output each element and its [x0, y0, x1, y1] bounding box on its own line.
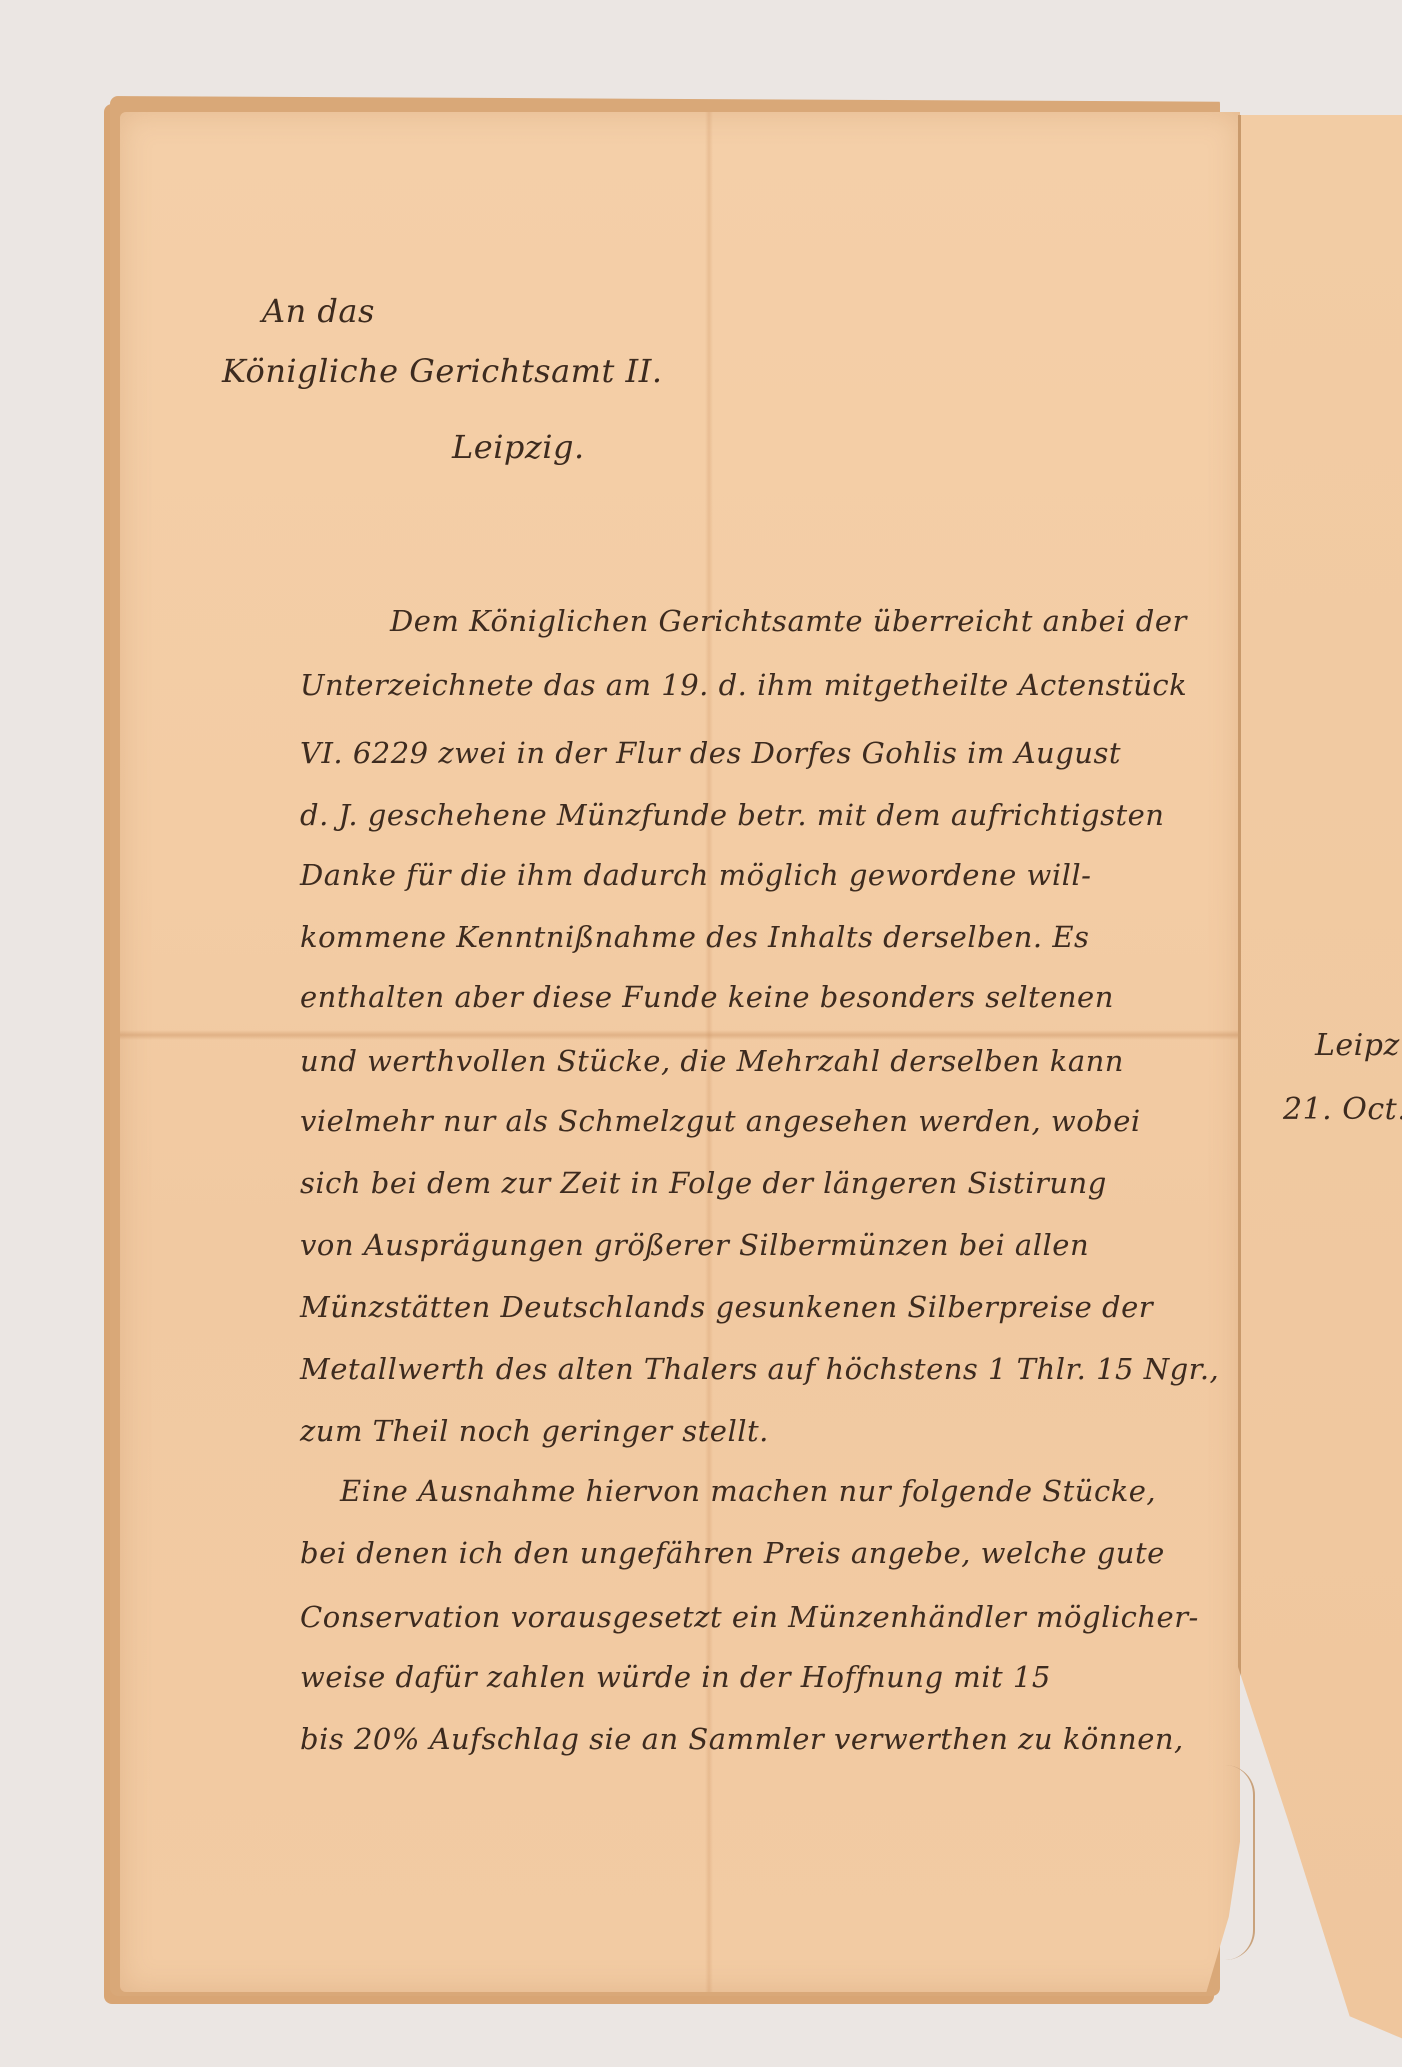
body-line: bis 20% Aufschlag sie an Sammler verwert… [300, 1722, 1184, 1756]
address-line-3: Leipzig. [452, 428, 585, 466]
body-line: vielmehr nur als Schmelzgut angesehen we… [300, 1104, 1141, 1138]
body-line: zum Theil noch geringer stellt. [300, 1414, 769, 1448]
body-line: enthalten aber diese Funde keine besonde… [300, 980, 1114, 1014]
body-line: Metallwerth des alten Thalers auf höchst… [300, 1352, 1219, 1386]
right-page-date: 21. Oct. [1283, 1092, 1402, 1127]
body-line: Eine Ausnahme hiervon machen nur folgend… [340, 1474, 1156, 1508]
body-line: Unterzeichnete das am 19. d. ihm mitgeth… [300, 668, 1187, 702]
body-line: Dem Königlichen Gerichtsamte überreicht … [390, 604, 1187, 638]
body-line: bei denen ich den ungefähren Preis angeb… [300, 1536, 1165, 1570]
body-line: kommene Kenntnißnahme des Inhalts dersel… [300, 920, 1089, 954]
body-line: VI. 6229 zwei in der Flur des Dorfes Goh… [300, 736, 1121, 770]
binding-string [1225, 1765, 1255, 1960]
body-line: d. J. geschehene Münzfunde betr. mit dem… [300, 798, 1164, 832]
body-line: Conservation vorausgesetzt ein Münzenhän… [300, 1600, 1199, 1634]
address-line-2: Königliche Gerichtsamt II. [222, 352, 663, 390]
right-page [1238, 115, 1402, 2055]
horizontal-fold [120, 1030, 1240, 1040]
body-line: und werthvollen Stücke, die Mehrzahl der… [300, 1044, 1124, 1078]
address-line-1: An das [262, 292, 375, 330]
body-line: sich bei dem zur Zeit in Folge der länge… [300, 1166, 1107, 1200]
body-line: Münzstätten Deutschlands gesunkenen Silb… [300, 1290, 1153, 1324]
body-line: Danke für die ihm dadurch möglich geword… [300, 858, 1091, 892]
body-line: weise dafür zahlen würde in der Hoffnung… [300, 1660, 1051, 1694]
body-line: von Ausprägungen größerer Silbermünzen b… [300, 1228, 1089, 1262]
right-page-place: Leipz [1315, 1028, 1400, 1063]
